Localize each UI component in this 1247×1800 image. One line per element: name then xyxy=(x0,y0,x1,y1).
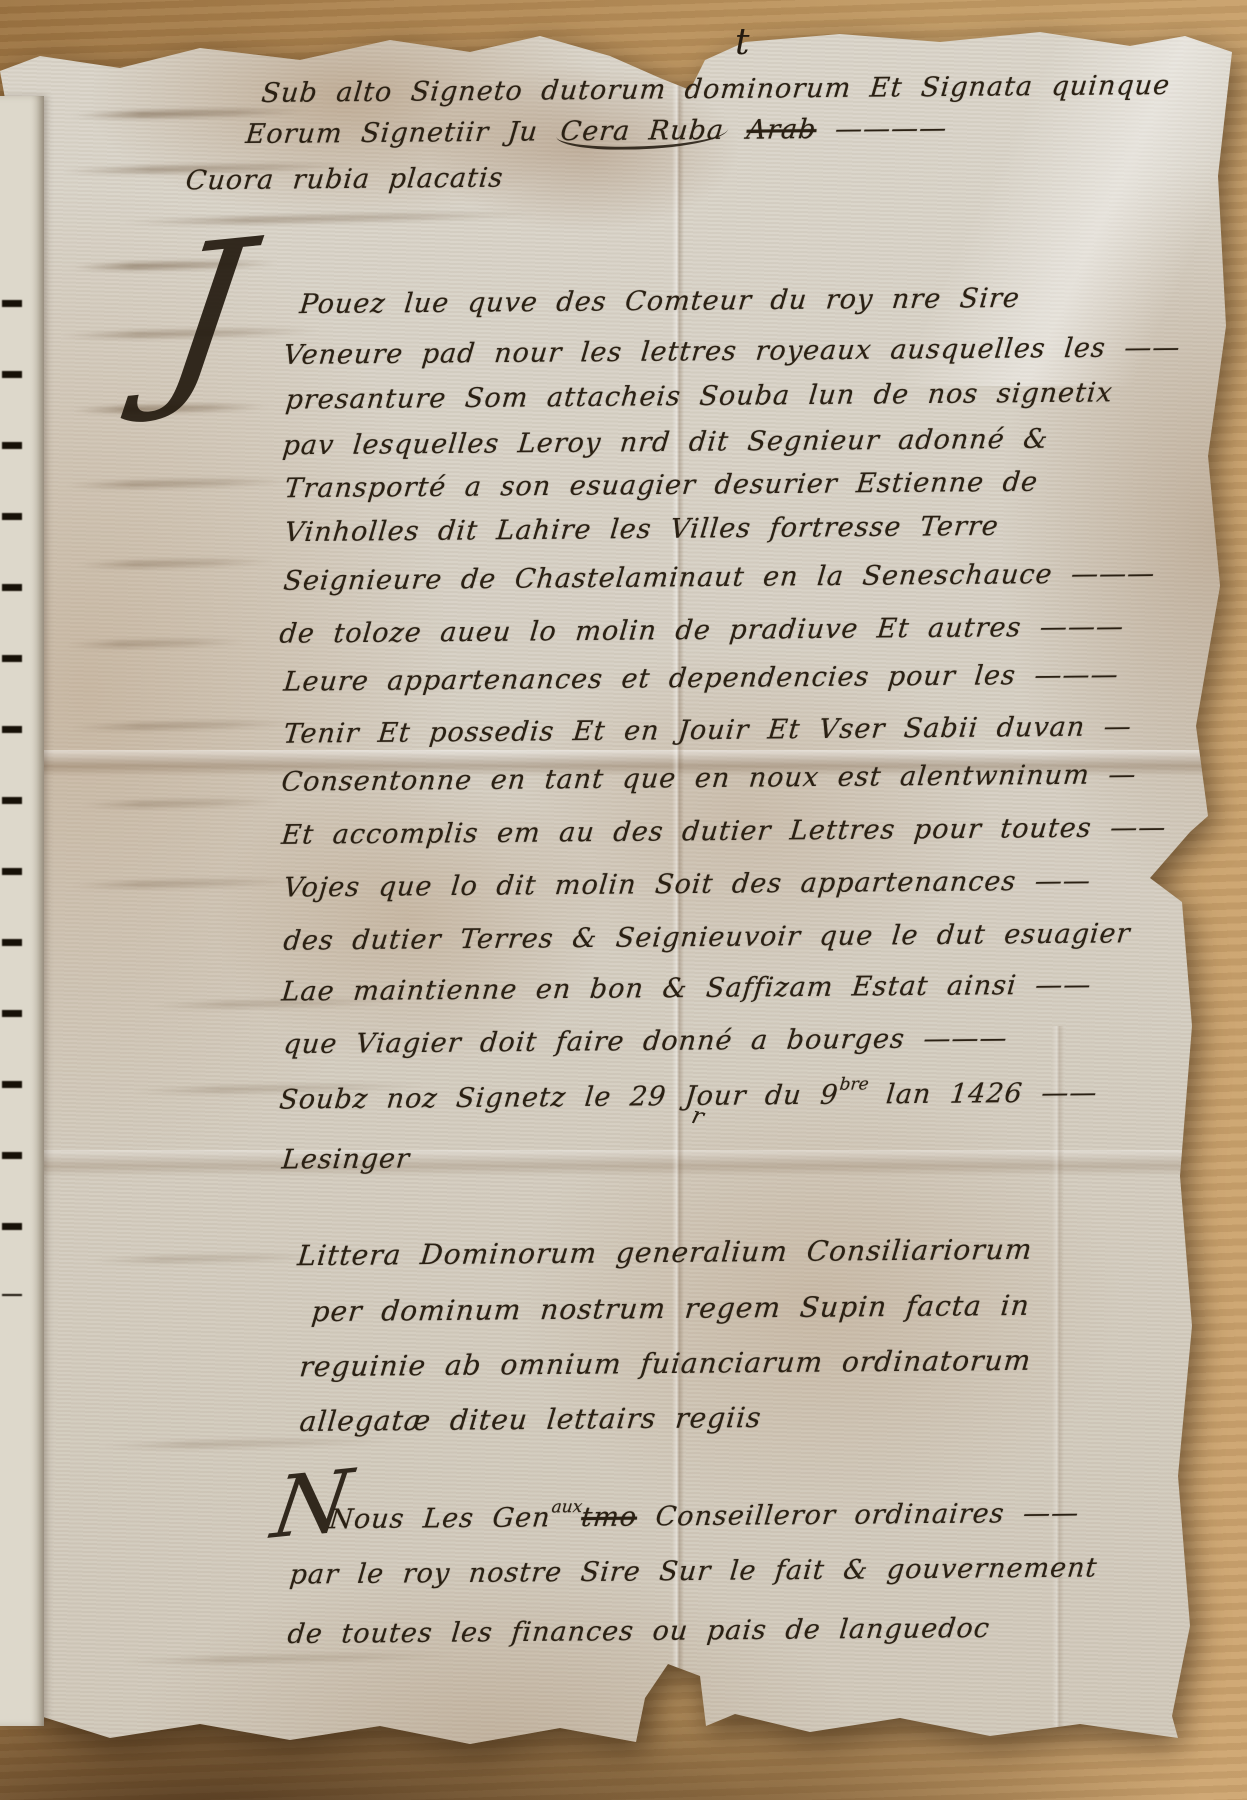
line-segment: Eorum Signetiir Ju xyxy=(244,116,558,150)
manuscript-line: per dominum nostrum regem Supin facta in xyxy=(310,1289,1031,1328)
underlying-ink-ticks xyxy=(2,236,22,1296)
manuscript-line: de toutes les finances ou pais de langue… xyxy=(286,1613,991,1650)
manuscript-date-line: Soubz noz Signetz le 29 Jour du 9bre lan… xyxy=(278,1072,1100,1115)
manuscript-line: Nous Les Genauxtmo Conseilleror ordinair… xyxy=(328,1493,1081,1536)
manuscript-line: reguinie ab omnium fuianciarum ordinator… xyxy=(298,1344,1033,1383)
paper-crease-horizontal xyxy=(0,1150,1240,1176)
manuscript-line: Transporté a son esuagier desurier Estie… xyxy=(283,467,1039,505)
manuscript-line: Cuora rubia placatis xyxy=(184,163,505,197)
manuscript-line: allegatæ diteu lettairs regiis xyxy=(298,1401,763,1438)
line-segment: Nous Les Gen xyxy=(328,1502,552,1535)
top-cross-mark: t xyxy=(735,22,749,63)
superscript-insertion: aux xyxy=(551,1497,584,1517)
superscript-abbreviation: bre xyxy=(839,1074,870,1094)
manuscript-line: Littera Dominorum generalium Consiliario… xyxy=(296,1233,1034,1272)
circled-words: Cera Ruba xyxy=(555,115,730,150)
signature: Lesinger xyxy=(280,1143,411,1175)
line-segment: Soubz noz Signetz le 29 Jour du 9 xyxy=(278,1080,840,1116)
underlying-folio-edge xyxy=(0,96,44,1726)
manuscript-line: Eorum Signetiir Ju Cera Ruba Arab ———— xyxy=(244,113,949,150)
line-segment: Conseilleror ordinaires —— xyxy=(636,1498,1081,1533)
struck-word: Arab xyxy=(745,114,818,146)
manuscript-line: Pouez lue quve des Comteur du roy nre Si… xyxy=(298,283,1021,320)
photo-of-manuscript: t Sub alto Signeto dutorum dominorum Et … xyxy=(0,0,1247,1800)
line-segment: lan 1426 —— xyxy=(866,1077,1099,1110)
manuscript-line: que Viagier doit faire donné a bourges —… xyxy=(282,1023,1009,1060)
manuscript-line: Vinholles dit Lahire les Villes fortress… xyxy=(283,511,1000,548)
struck-word: tmo xyxy=(580,1502,639,1533)
paper-crease-vertical xyxy=(1052,1026,1064,1776)
line-filler-dash: ———— xyxy=(815,113,949,145)
